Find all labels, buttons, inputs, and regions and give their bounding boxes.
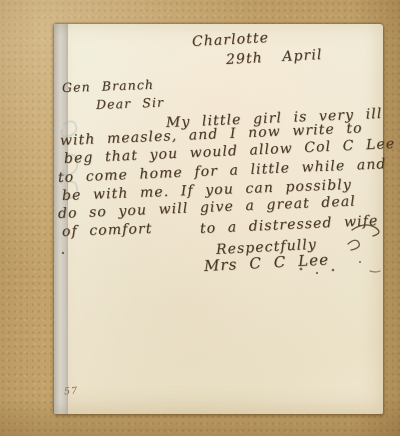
scanned-letter-page: Charlotte 29th April Gen Branch Dear Sir…	[0, 0, 400, 436]
ink-flourish-marks	[54, 24, 383, 414]
page-number: 57	[64, 386, 79, 398]
letter-paper: Charlotte 29th April Gen Branch Dear Sir…	[54, 24, 383, 414]
